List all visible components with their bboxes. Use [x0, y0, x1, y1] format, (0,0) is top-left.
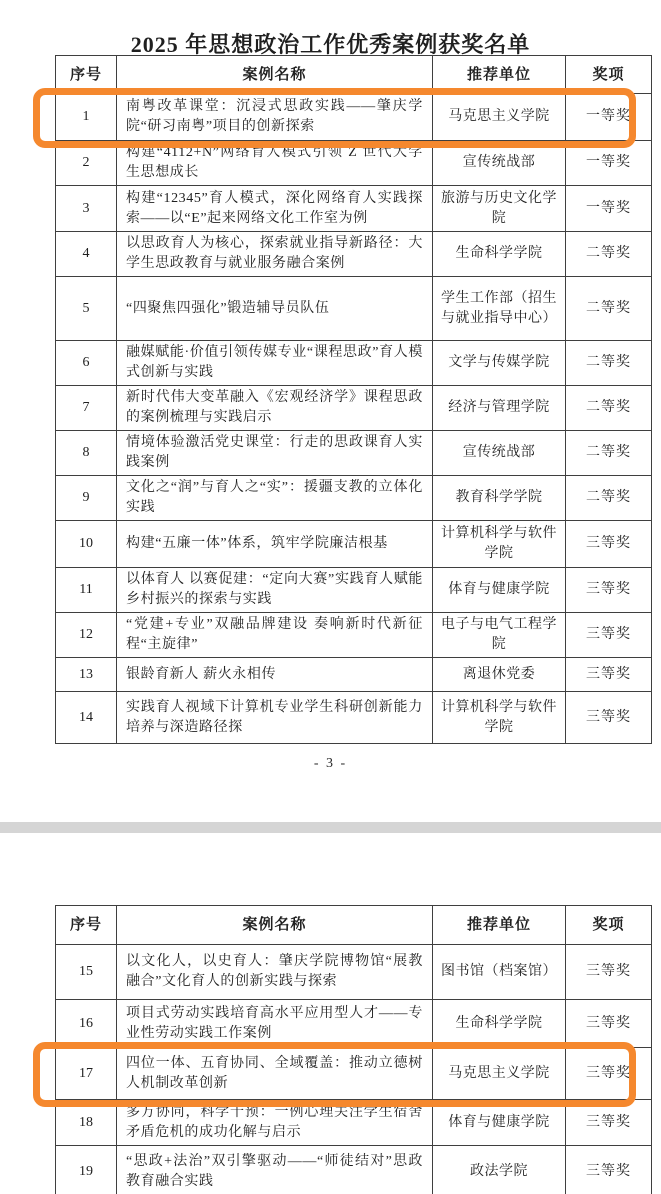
cell-name: 多方协同，科学干预：一例心理关注学生宿舍矛盾危机的成功化解与启示: [117, 1100, 433, 1146]
cell-no: 5: [56, 277, 117, 341]
column-header-unit: 推荐单位: [433, 906, 566, 945]
table-row: 18多方协同，科学干预：一例心理关注学生宿舍矛盾危机的成功化解与启示体育与健康学…: [56, 1100, 652, 1146]
cell-name: 项目式劳动实践培育高水平应用型人才——专业性劳动实践工作案例: [117, 1000, 433, 1048]
table-row: 13银龄育新人 薪火永相传离退休党委三等奖: [56, 658, 652, 692]
cell-unit: 电子与电气工程学院: [433, 613, 566, 658]
table-row: 6融媒赋能·价值引领传媒专业“课程思政”育人模式创新与实践文学与传媒学院二等奖: [56, 341, 652, 386]
cell-name: 银龄育新人 薪火永相传: [117, 658, 433, 692]
cell-no: 19: [56, 1146, 117, 1194]
cell-name: 四位一体、五育协同、全域覆盖：推动立德树人机制改革创新: [117, 1048, 433, 1100]
table-row: 11以体育人 以赛促建：“定向大赛”实践育人赋能乡村振兴的探索与实践体育与健康学…: [56, 568, 652, 613]
cell-name: 文化之“润”与育人之“实”：援疆支教的立体化实践: [117, 476, 433, 521]
cell-no: 6: [56, 341, 117, 386]
table-header-row: 序号案例名称推荐单位奖项: [56, 906, 652, 945]
cell-no: 18: [56, 1100, 117, 1146]
cell-award: 三等奖: [566, 692, 652, 744]
cell-no: 13: [56, 658, 117, 692]
table-row: 3构建“12345”育人模式，深化网络育人实践探索——以“E”起来网络文化工作室…: [56, 186, 652, 232]
table-row: 2构建“4112+N”网络育人模式引领 Z 世代大学生思想成长宣传统战部一等奖: [56, 141, 652, 186]
cell-no: 17: [56, 1048, 117, 1100]
cell-unit: 计算机科学与软件学院: [433, 692, 566, 744]
award-table-page-2: 序号案例名称推荐单位奖项15以文化人，以史育人：肇庆学院博物馆“展教融合”文化育…: [55, 905, 652, 1194]
column-header-no: 序号: [56, 56, 117, 94]
table-row: 19“思政+法治”双引擎驱动——“师徒结对”思政教育融合实践政法学院三等奖: [56, 1146, 652, 1194]
award-table-page-1: 序号案例名称推荐单位奖项1南粤改革课堂：沉浸式思政实践——肇庆学院“研习南粤”项…: [55, 55, 652, 744]
cell-no: 9: [56, 476, 117, 521]
column-header-name: 案例名称: [117, 906, 433, 945]
cell-name: “思政+法治”双引擎驱动——“师徒结对”思政教育融合实践: [117, 1146, 433, 1194]
table-row: 10构建“五廉一体”体系，筑牢学院廉洁根基计算机科学与软件学院三等奖: [56, 521, 652, 568]
page-number: - 3 -: [0, 756, 661, 772]
cell-unit: 经济与管理学院: [433, 386, 566, 431]
cell-unit: 宣传统战部: [433, 141, 566, 186]
cell-unit: 学生工作部（招生与就业指导中心）: [433, 277, 566, 341]
cell-name: 新时代伟大变革融入《宏观经济学》课程思政的案例梳理与实践启示: [117, 386, 433, 431]
table-row: 8情境体验激活党史课堂：行走的思政课育人实践案例宣传统战部二等奖: [56, 431, 652, 476]
cell-name: 情境体验激活党史课堂：行走的思政课育人实践案例: [117, 431, 433, 476]
cell-award: 三等奖: [566, 521, 652, 568]
cell-unit: 马克思主义学院: [433, 94, 566, 141]
cell-name: 构建“五廉一体”体系，筑牢学院廉洁根基: [117, 521, 433, 568]
cell-unit: 教育科学学院: [433, 476, 566, 521]
cell-award: 二等奖: [566, 341, 652, 386]
cell-award: 三等奖: [566, 1146, 652, 1194]
cell-unit: 政法学院: [433, 1146, 566, 1194]
cell-award: 二等奖: [566, 431, 652, 476]
cell-name: 构建“12345”育人模式，深化网络育人实践探索——以“E”起来网络文化工作室为…: [117, 186, 433, 232]
cell-no: 14: [56, 692, 117, 744]
table-row: 12“党建+专业”双融品牌建设 奏响新时代新征程“主旋律”电子与电气工程学院三等…: [56, 613, 652, 658]
cell-award: 二等奖: [566, 277, 652, 341]
table-row: 14实践育人视域下计算机专业学生科研创新能力培养与深造路径探计算机科学与软件学院…: [56, 692, 652, 744]
cell-unit: 文学与传媒学院: [433, 341, 566, 386]
cell-unit: 离退休党委: [433, 658, 566, 692]
table-row: 1南粤改革课堂：沉浸式思政实践——肇庆学院“研习南粤”项目的创新探索马克思主义学…: [56, 94, 652, 141]
cell-award: 二等奖: [566, 232, 652, 277]
cell-award: 二等奖: [566, 476, 652, 521]
column-header-unit: 推荐单位: [433, 56, 566, 94]
cell-name: “党建+专业”双融品牌建设 奏响新时代新征程“主旋律”: [117, 613, 433, 658]
cell-award: 三等奖: [566, 613, 652, 658]
cell-award: 三等奖: [566, 945, 652, 1000]
table-row: 7新时代伟大变革融入《宏观经济学》课程思政的案例梳理与实践启示经济与管理学院二等…: [56, 386, 652, 431]
cell-award: 三等奖: [566, 568, 652, 613]
cell-award: 一等奖: [566, 94, 652, 141]
cell-unit: 生命科学学院: [433, 232, 566, 277]
table-row: 4以思政育人为核心，探索就业指导新路径：大学生思政教育与就业服务融合案例生命科学…: [56, 232, 652, 277]
cell-no: 11: [56, 568, 117, 613]
cell-name: 实践育人视域下计算机专业学生科研创新能力培养与深造路径探: [117, 692, 433, 744]
cell-unit: 体育与健康学院: [433, 1100, 566, 1146]
cell-no: 3: [56, 186, 117, 232]
cell-no: 2: [56, 141, 117, 186]
cell-unit: 旅游与历史文化学院: [433, 186, 566, 232]
cell-name: “四聚焦四强化”锻造辅导员队伍: [117, 277, 433, 341]
cell-unit: 计算机科学与软件学院: [433, 521, 566, 568]
cell-award: 三等奖: [566, 1100, 652, 1146]
cell-award: 一等奖: [566, 141, 652, 186]
table-row: 17四位一体、五育协同、全域覆盖：推动立德树人机制改革创新马克思主义学院三等奖: [56, 1048, 652, 1100]
cell-no: 12: [56, 613, 117, 658]
page-divider: [0, 822, 661, 833]
cell-name: 南粤改革课堂：沉浸式思政实践——肇庆学院“研习南粤”项目的创新探索: [117, 94, 433, 141]
cell-name: 以体育人 以赛促建：“定向大赛”实践育人赋能乡村振兴的探索与实践: [117, 568, 433, 613]
column-header-award: 奖项: [566, 906, 652, 945]
cell-unit: 生命科学学院: [433, 1000, 566, 1048]
cell-award: 一等奖: [566, 186, 652, 232]
column-header-name: 案例名称: [117, 56, 433, 94]
cell-no: 4: [56, 232, 117, 277]
cell-no: 1: [56, 94, 117, 141]
cell-award: 二等奖: [566, 386, 652, 431]
cell-award: 三等奖: [566, 1000, 652, 1048]
cell-no: 10: [56, 521, 117, 568]
cell-award: 三等奖: [566, 658, 652, 692]
table-row: 5“四聚焦四强化”锻造辅导员队伍学生工作部（招生与就业指导中心）二等奖: [56, 277, 652, 341]
cell-award: 三等奖: [566, 1048, 652, 1100]
cell-name: 融媒赋能·价值引领传媒专业“课程思政”育人模式创新与实践: [117, 341, 433, 386]
cell-unit: 宣传统战部: [433, 431, 566, 476]
table-header-row: 序号案例名称推荐单位奖项: [56, 56, 652, 94]
cell-unit: 马克思主义学院: [433, 1048, 566, 1100]
column-header-no: 序号: [56, 906, 117, 945]
cell-no: 15: [56, 945, 117, 1000]
cell-name: 以思政育人为核心，探索就业指导新路径：大学生思政教育与就业服务融合案例: [117, 232, 433, 277]
cell-name: 以文化人，以史育人：肇庆学院博物馆“展教融合”文化育人的创新实践与探索: [117, 945, 433, 1000]
table-row: 9文化之“润”与育人之“实”：援疆支教的立体化实践教育科学学院二等奖: [56, 476, 652, 521]
table-row: 16项目式劳动实践培育高水平应用型人才——专业性劳动实践工作案例生命科学学院三等…: [56, 1000, 652, 1048]
cell-no: 7: [56, 386, 117, 431]
cell-unit: 图书馆（档案馆）: [433, 945, 566, 1000]
table-row: 15以文化人，以史育人：肇庆学院博物馆“展教融合”文化育人的创新实践与探索图书馆…: [56, 945, 652, 1000]
column-header-award: 奖项: [566, 56, 652, 94]
cell-no: 16: [56, 1000, 117, 1048]
cell-no: 8: [56, 431, 117, 476]
cell-unit: 体育与健康学院: [433, 568, 566, 613]
cell-name: 构建“4112+N”网络育人模式引领 Z 世代大学生思想成长: [117, 141, 433, 186]
